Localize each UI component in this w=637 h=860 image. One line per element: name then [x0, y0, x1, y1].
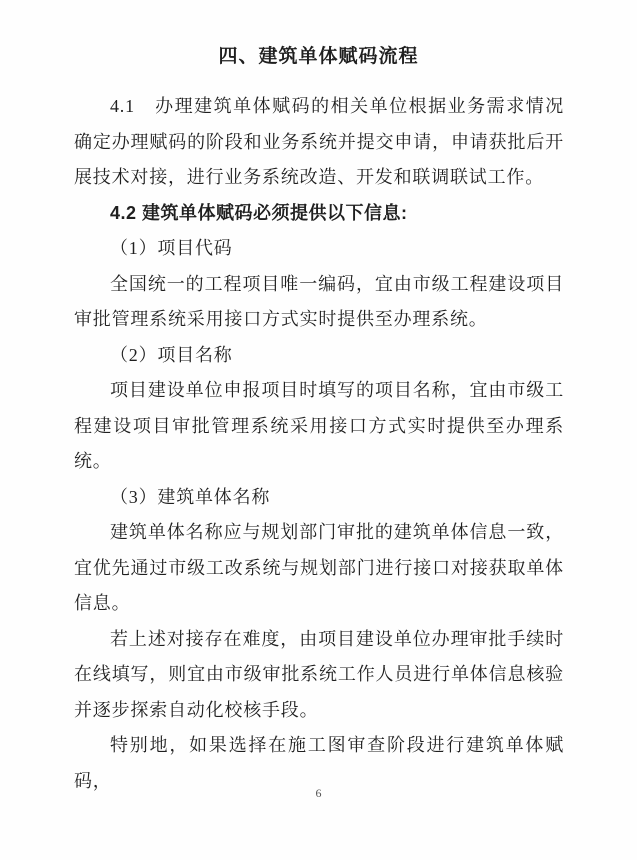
- paragraph-item-2-body: 项目建设单位申报项目时填写的项目名称，宜由市级工程建设项目审批管理系统采用接口方…: [74, 373, 564, 480]
- paragraph-4-1: 4.1 办理建筑单体赋码的相关单位根据业务需求情况确定办理赋码的阶段和业务系统并…: [74, 89, 564, 196]
- paragraph-item-1-body: 全国统一的工程项目唯一编码，宜由市级工程建设项目审批管理系统采用接口方式实时提供…: [74, 267, 564, 338]
- paragraph-item-3-label: （3）建筑单体名称: [74, 480, 564, 516]
- paragraph-4-2-heading: 4.2 建筑单体赋码必须提供以下信息:: [74, 196, 564, 232]
- document-page: 四、建筑单体赋码流程 4.1 办理建筑单体赋码的相关单位根据业务需求情况确定办理…: [0, 0, 637, 860]
- document-title: 四、建筑单体赋码流程: [0, 42, 637, 72]
- paragraph-item-2-label: （2）项目名称: [74, 338, 564, 374]
- paragraph-note-1: 若上述对接存在难度，由项目建设单位办理审批手续时在线填写，则宜由市级审批系统工作…: [74, 622, 564, 729]
- paragraph-item-3-body: 建筑单体名称应与规划部门审批的建筑单体信息一致，宜优先通过市级工改系统与规划部门…: [74, 515, 564, 622]
- document-body: 4.1 办理建筑单体赋码的相关单位根据业务需求情况确定办理赋码的阶段和业务系统并…: [74, 89, 564, 799]
- page-number: 6: [0, 785, 637, 801]
- paragraph-item-1-label: （1）项目代码: [74, 231, 564, 267]
